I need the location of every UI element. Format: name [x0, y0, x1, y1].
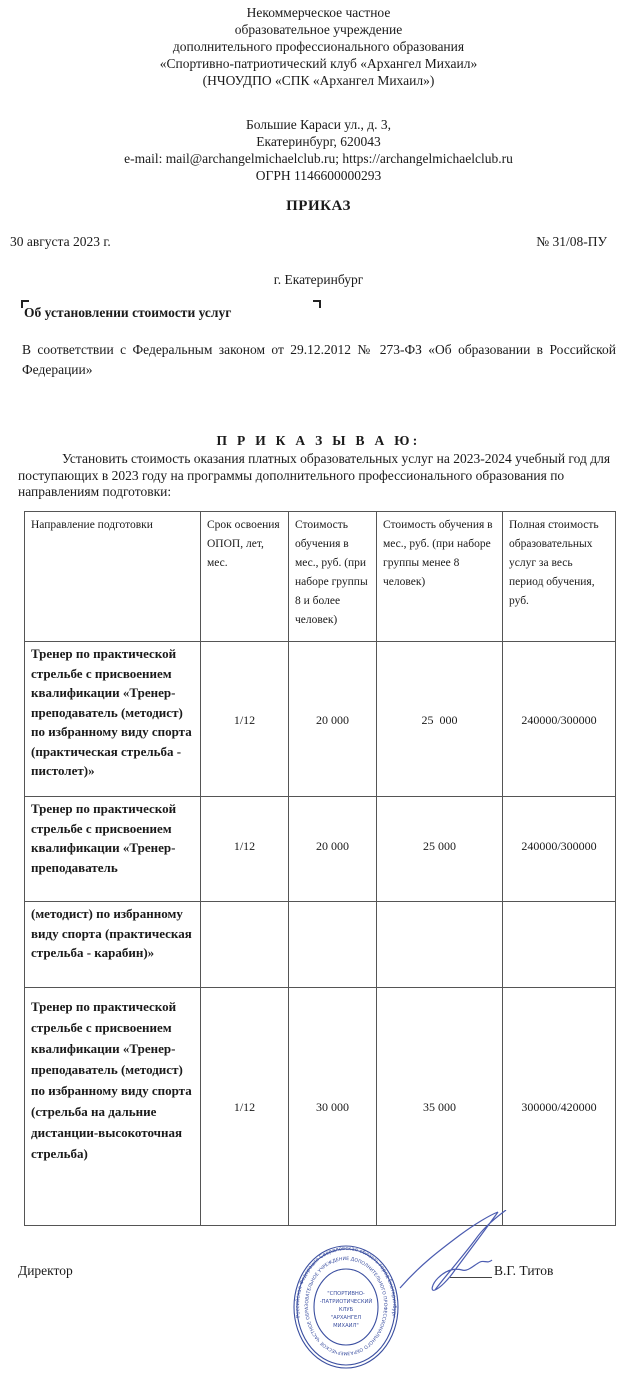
price-table: Направление подготовки Срок освоения ОПО…	[24, 511, 616, 1226]
org-line: образовательное учреждение	[0, 21, 637, 38]
header-direction: Направление подготовки	[25, 512, 201, 642]
svg-text:КЛУБ: КЛУБ	[339, 1307, 354, 1313]
row-total: 300000/420000	[503, 988, 616, 1226]
order-text: Установить стоимость оказания платных об…	[18, 451, 618, 501]
document-title: ПРИКАЗ	[0, 198, 637, 215]
row-price-8-plus	[289, 902, 377, 988]
row-price-8-plus: 20 000	[289, 797, 377, 902]
svg-text:"СПОРТИВНО-: "СПОРТИВНО-	[327, 1291, 365, 1297]
header-price-8-plus: Стоимость обучения в мес., руб. (при наб…	[289, 512, 377, 642]
director-title: Директор	[18, 1263, 73, 1279]
svg-text:МИХАИЛ": МИХАИЛ"	[333, 1323, 359, 1329]
row-price-8-plus: 20 000	[289, 642, 377, 797]
header-term: Срок освоения ОПОП, лет, мес.	[201, 512, 289, 642]
org-line: «Спортивно-патриотический клуб «Архангел…	[0, 55, 637, 72]
org-header: Некоммерческое частное образовательное у…	[0, 4, 637, 89]
row-price-under-8: 35 000	[377, 988, 503, 1226]
org-line: (НЧОУДПО «СПК «Архангел Михаил»)	[0, 72, 637, 89]
signature-icon	[380, 1210, 530, 1320]
svg-text:"АРХАНГЕЛ: "АРХАНГЕЛ	[331, 1315, 362, 1321]
order-text-content: Установить стоимость оказания платных об…	[18, 451, 610, 499]
preamble: В соответствии с Федеральным законом от …	[22, 340, 616, 380]
table-row: (методист) по избранному виду спорта (пр…	[25, 902, 616, 988]
row-total: 240000/300000	[503, 642, 616, 797]
row-direction: Тренер по практической стрельбе с присво…	[25, 642, 201, 797]
header-price-under-8: Стоимость обучения в мес., руб. (при наб…	[377, 512, 503, 642]
document-city: г. Екатеринбург	[0, 272, 637, 288]
org-line: Некоммерческое частное	[0, 4, 637, 21]
row-total: 240000/300000	[503, 797, 616, 902]
table-header-row: Направление подготовки Срок освоения ОПО…	[25, 512, 616, 642]
corner-mark-right	[313, 300, 321, 308]
table-row: Тренер по практической стрельбе с присво…	[25, 642, 616, 797]
row-total	[503, 902, 616, 988]
order-heading: П Р И К А З Ы В А Ю:	[0, 433, 637, 449]
document-date: 30 августа 2023 г.	[10, 234, 111, 250]
address-line: Екатеринбург, 620043	[0, 133, 637, 150]
row-term	[201, 902, 289, 988]
row-direction: (методист) по избранному виду спорта (пр…	[25, 902, 201, 988]
row-direction: Тренер по практической стрельбе с присво…	[25, 988, 201, 1226]
row-price-under-8: 25 000	[377, 642, 503, 797]
org-line: дополнительного профессионального образо…	[0, 38, 637, 55]
row-price-under-8: 25 000	[377, 797, 503, 902]
header-total: Полная стоимость образовательных услуг з…	[503, 512, 616, 642]
org-address: Большие Караси ул., д. 3, Екатеринбург, …	[0, 116, 637, 184]
document-subject: Об установлении стоимости услуг	[24, 305, 231, 321]
row-term: 1/12	[201, 797, 289, 902]
email-line: e-mail: mail@archangelmichaelclub.ru; ht…	[0, 150, 637, 167]
svg-text:-ПАТРИОТИЧЕСКИЙ: -ПАТРИОТИЧЕСКИЙ	[320, 1298, 373, 1305]
row-term: 1/12	[201, 988, 289, 1226]
row-price-8-plus: 30 000	[289, 988, 377, 1226]
row-direction: Тренер по практической стрельбе с присво…	[25, 797, 201, 902]
table-row: Тренер по практической стрельбе с присво…	[25, 988, 616, 1226]
row-price-under-8	[377, 902, 503, 988]
row-term: 1/12	[201, 642, 289, 797]
table-row: Тренер по практической стрельбе с присво…	[25, 797, 616, 902]
address-line: Большие Караси ул., д. 3,	[0, 116, 637, 133]
ogrn-line: ОГРН 1146600000293	[0, 167, 637, 184]
document-number: № 31/08-ПУ	[536, 234, 607, 250]
